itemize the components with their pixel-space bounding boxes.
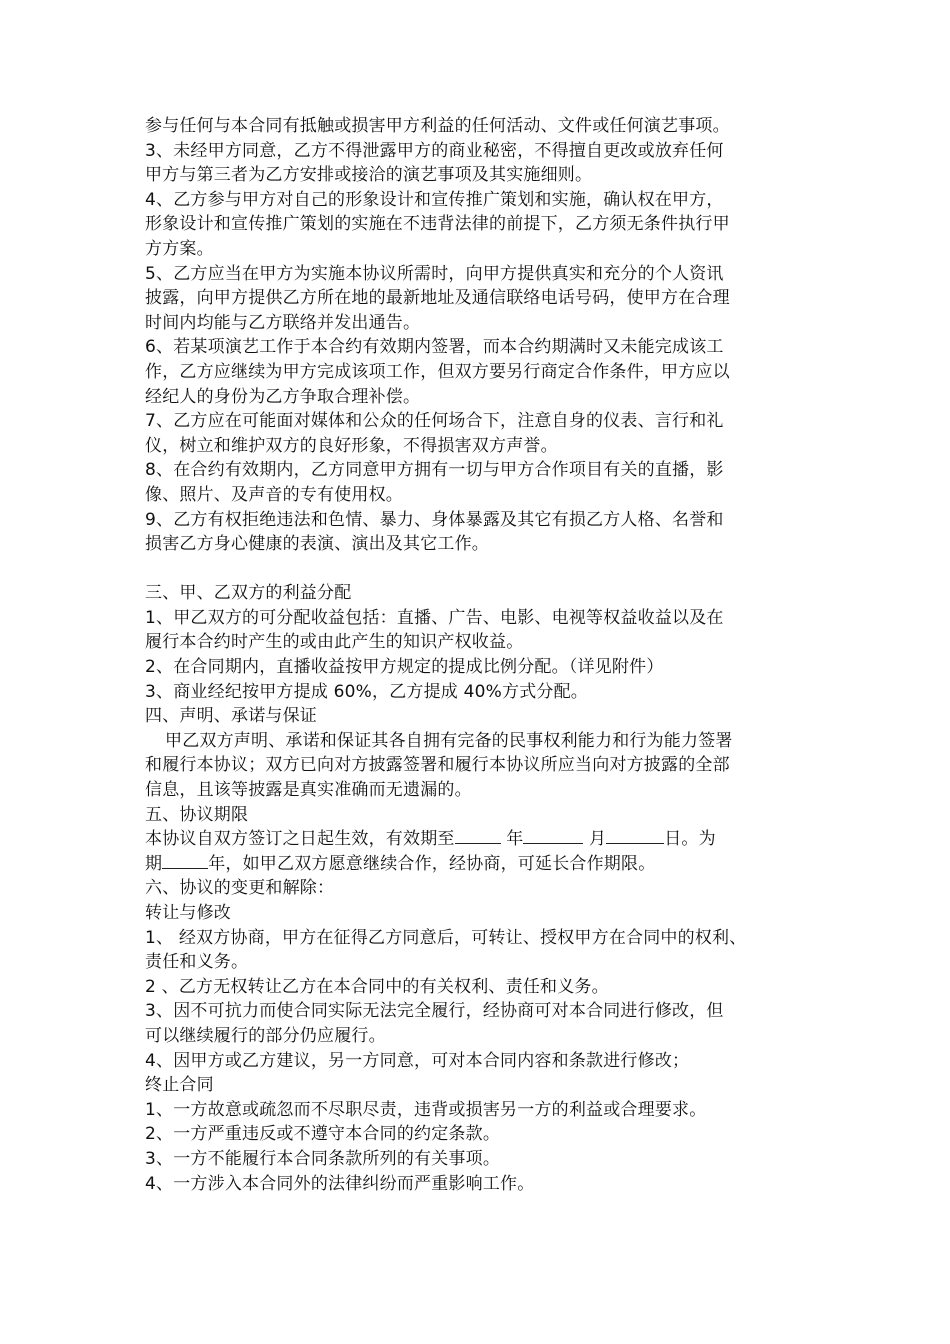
month-label: 月 — [589, 829, 606, 849]
month-blank — [523, 827, 583, 844]
text-line: 参与任何与本合同有抵触或损害甲方利益的任何活动、文件或任何演艺事项。 — [145, 114, 813, 139]
paragraph-gap — [145, 557, 813, 582]
section-4: 四、声明、承诺与保证 甲乙双方声明、承诺和保证其各自拥有完备的民事权利能力和行为… — [145, 704, 813, 802]
period-years-blank — [162, 852, 208, 869]
text-line: 甲方与第三者为乙方安排或接洽的演艺事项及其实施细则。 — [145, 163, 813, 188]
text-line: 责任和义务。 — [145, 950, 813, 975]
text-line: 作，乙方应继续为甲方完成该项工作，但双方要另行商定合作条件，甲方应以 — [145, 360, 813, 385]
day-label: 日。为 — [664, 829, 716, 849]
text-line: 时间内均能与乙方联络并发出通告。 — [145, 311, 813, 336]
section-5-heading: 五、协议期限 — [145, 803, 813, 828]
clause-5-line: 5、乙方应当在甲方为实施本协议所需时，向甲方提供真实和充分的个人资讯 — [145, 262, 813, 287]
term-period-prefix: 期 — [145, 854, 162, 874]
text-line: 损害乙方身心健康的表演、演出及其它工作。 — [145, 532, 813, 557]
document-page: 参与任何与本合同有抵触或损害甲方利益的任何活动、文件或任何演艺事项。 3、未经甲… — [145, 114, 813, 1196]
day-blank — [606, 827, 664, 844]
section-3: 三、甲、乙双方的利益分配 1、甲乙双方的可分配收益包括：直播、广告、电影、电视等… — [145, 581, 813, 704]
clause-4-line: 4、乙方参与甲方对自己的形象设计和宣传推广策划和实施，确认权在甲方， — [145, 188, 813, 213]
clause-1-line: 1、 经双方协商，甲方在征得乙方同意后，可转让、授权甲方在合同中的权利、 — [145, 926, 813, 951]
clause-9-line: 9、乙方有权拒绝违法和色情、暴力、身体暴露及其它有损乙方人格、名誉和 — [145, 508, 813, 533]
clause-1-line: 1、一方故意或疏忽而不尽职尽责，违背或损害另一方的利益或合理要求。 — [145, 1098, 813, 1123]
section-6-heading: 六、协议的变更和解除： — [145, 876, 813, 901]
clause-2-line: 2、在合同期内，直播收益按甲方规定的提成比例分配。（详见附件） — [145, 655, 813, 680]
term-period-suffix: 年，如甲乙双方愿意继续合作，经协商，可延长合作期限。 — [208, 854, 655, 874]
text-line: 披露，向甲方提供乙方所在地的最新地址及通信联络电话号码，使甲方在合理 — [145, 286, 813, 311]
clause-2-line: 2 、乙方无权转让乙方在本合同中的有关权利、责任和义务。 — [145, 975, 813, 1000]
text-line: 履行本合约时产生的或由此产生的知识产权收益。 — [145, 630, 813, 655]
clause-3-line: 3、商业经纪按甲方提成 60%，乙方提成 40%方式分配。 — [145, 680, 813, 705]
section-5: 五、协议期限 本协议自双方签订之日起生效，有效期至 年 月日。为 期年，如甲乙双… — [145, 803, 813, 877]
clause-3-line: 3、因不可抗力而使合同实际无法完全履行，经协商可对本合同进行修改，但 — [145, 999, 813, 1024]
text-line: 像、照片、及声音的专有使用权。 — [145, 483, 813, 508]
clause-4-line: 4、一方涉入本合同外的法律纠纷而严重影响工作。 — [145, 1172, 813, 1197]
text-line: 和履行本协议；双方已向对方披露签署和履行本协议所应当向对方披露的全部 — [145, 753, 813, 778]
clause-3-line: 3、一方不能履行本合同条款所列的有关事项。 — [145, 1147, 813, 1172]
text-line: 形象设计和宣传推广策划的实施在不违背法律的前提下，乙方须无条件执行甲 — [145, 212, 813, 237]
clause-1-line: 1、甲乙双方的可分配收益包括：直播、广告、电影、电视等权益收益以及在 — [145, 606, 813, 631]
clause-4-line: 4、因甲方或乙方建议，另一方同意，可对本合同内容和条款进行修改； — [145, 1049, 813, 1074]
section-6: 六、协议的变更和解除： 转让与修改 1、 经双方协商，甲方在征得乙方同意后，可转… — [145, 876, 813, 1196]
clause-6-line: 6、若某项演艺工作于本合约有效期内签署，而本合约期满时又未能完成该工 — [145, 335, 813, 360]
year-blank — [455, 827, 501, 844]
clause-8-line: 8、在合约有效期内，乙方同意甲方拥有一切与甲方合作项目有关的直播，影 — [145, 458, 813, 483]
text-line: 经纪人的身份为乙方争取合理补偿。 — [145, 385, 813, 410]
text-line: 信息，且该等披露是真实准确而无遗漏的。 — [145, 778, 813, 803]
section-2-continuation: 参与任何与本合同有抵触或损害甲方利益的任何活动、文件或任何演艺事项。 3、未经甲… — [145, 114, 813, 557]
clause-7-line: 7、乙方应在可能面对媒体和公众的任何场合下，注意自身的仪表、言行和礼 — [145, 409, 813, 434]
text-line: 甲乙双方声明、承诺和保证其各自拥有完备的民事权利能力和行为能力签署 — [145, 729, 813, 754]
text-line: 方方案。 — [145, 237, 813, 262]
term-line-1: 本协议自双方签订之日起生效，有效期至 年 月日。为 — [145, 827, 813, 852]
section-4-heading: 四、声明、承诺与保证 — [145, 704, 813, 729]
year-label: 年 — [506, 829, 523, 849]
term-prefix: 本协议自双方签订之日起生效，有效期至 — [145, 829, 455, 849]
transfer-subheading: 转让与修改 — [145, 901, 813, 926]
section-3-heading: 三、甲、乙双方的利益分配 — [145, 581, 813, 606]
clause-3-line: 3、未经甲方同意，乙方不得泄露甲方的商业秘密，不得擅自更改或放弃任何 — [145, 139, 813, 164]
text-line: 可以继续履行的部分仍应履行。 — [145, 1024, 813, 1049]
text-line: 仪，树立和维护双方的良好形象，不得损害双方声誉。 — [145, 434, 813, 459]
termination-subheading: 终止合同 — [145, 1073, 813, 1098]
clause-2-line: 2、一方严重违反或不遵守本合同的约定条款。 — [145, 1122, 813, 1147]
term-line-2: 期年，如甲乙双方愿意继续合作，经协商，可延长合作期限。 — [145, 852, 813, 877]
